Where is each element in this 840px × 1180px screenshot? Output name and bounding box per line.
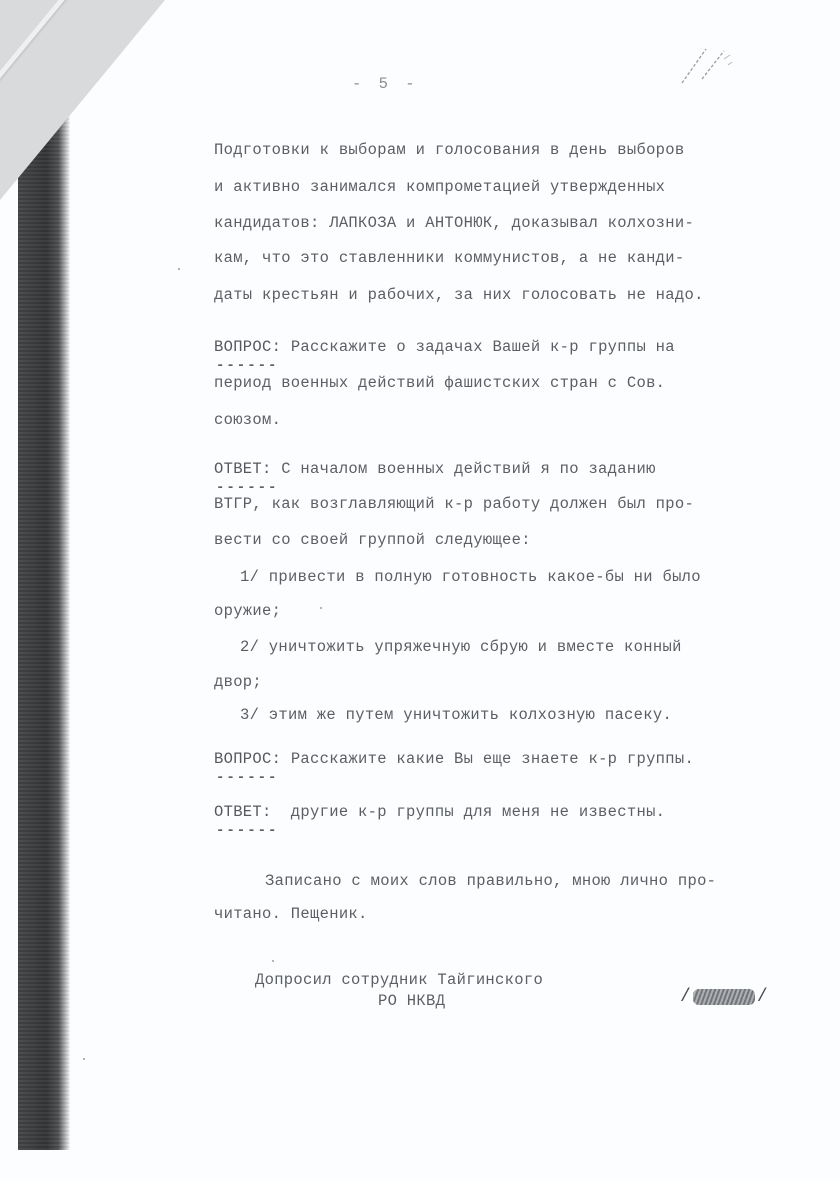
signature-bracket: / (757, 987, 768, 1007)
scan-speck (178, 268, 180, 270)
signature: / / (680, 985, 776, 1009)
scan-speck (272, 960, 274, 962)
question-label: ВОПРОС: (214, 338, 281, 356)
answer-text: С началом военных действий я по заданию (272, 460, 656, 478)
list-item-continuation: двор; (214, 675, 262, 691)
scanned-document-page: - 5 - Подготовки к выборам и голосования… (0, 0, 840, 1180)
page-number: - 5 - (352, 77, 419, 93)
answer-text: вести со своей группой следующее: (214, 533, 531, 549)
signature-bracket: / (680, 987, 691, 1007)
question-label: ВОПРОС: (214, 750, 281, 768)
answer-2: ОТВЕТ: другие к-р группы для меня не изв… (214, 805, 665, 821)
question-text: союзом. (214, 413, 281, 429)
question-2: ВОПРОС: Расскажите какие Вы еще знаете к… (214, 752, 694, 768)
folded-corner (0, 0, 165, 200)
answer-text: другие к-р группы для меня не известны. (272, 803, 666, 821)
question-text: Расскажите какие Вы еще знаете к-р групп… (281, 750, 694, 768)
question-text: период военных действий фашистских стран… (214, 376, 665, 392)
list-item: 3/ этим же путем уничтожить колхозную па… (240, 708, 672, 724)
interrogator-line: Допросил сотрудник Тайгинского (255, 973, 543, 989)
label-underline: ------ (216, 823, 278, 839)
scan-speck (320, 607, 322, 609)
handwritten-margin-mark-icon (680, 45, 740, 85)
list-item: 1/ привести в полную готовность какое-бы… (240, 570, 701, 586)
label-underline: ------ (216, 770, 278, 786)
body-line: и активно занимался компрометацией утвер… (214, 180, 665, 196)
label-underline: ------ (216, 480, 278, 496)
page-margin (0, 180, 18, 1180)
scan-speck (83, 1058, 85, 1060)
body-line: даты крестьян и рабочих, за них голосова… (214, 288, 704, 304)
question-text: Расскажите о задачах Вашей к-р группы на (281, 338, 675, 356)
body-line: кандидатов: ЛАПКОЗА и АНТОНЮК, доказывал… (214, 216, 694, 232)
interrogator-line: РО НКВД (378, 994, 445, 1010)
answer-label: ОТВЕТ: (214, 460, 272, 478)
handwritten-signature-icon (693, 989, 755, 1005)
body-line: кам, что это ставленники коммунистов, а … (214, 251, 684, 267)
answer-1: ОТВЕТ: С началом военных действий я по з… (214, 462, 656, 478)
answer-label: ОТВЕТ: (214, 803, 272, 821)
question-1: ВОПРОС: Расскажите о задачах Вашей к-р г… (214, 340, 675, 356)
answer-text: ВТГР, как возглавляющий к-р работу долже… (214, 497, 694, 513)
list-item-continuation: оружие; (214, 604, 281, 620)
scan-shadow-edge (18, 80, 70, 1150)
label-underline: ------ (216, 358, 278, 374)
closing-line: читано. Пещеник. (214, 907, 368, 923)
closing-line: Записано с моих слов правильно, мною лич… (265, 874, 716, 890)
list-item: 2/ уничтожить упряжечную сбрую и вместе … (240, 640, 682, 656)
body-line: Подготовки к выборам и голосования в ден… (214, 143, 684, 159)
